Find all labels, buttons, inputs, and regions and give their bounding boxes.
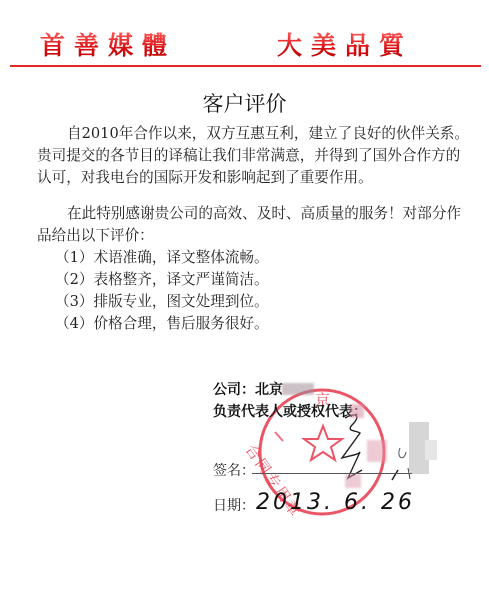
redacted-signature-4 [345, 474, 361, 488]
date-value-handwritten: 2013. 6. 26 [256, 490, 415, 515]
star-icon [304, 426, 342, 460]
redacted-company-name [282, 383, 314, 395]
company-label: 公司：北京 [213, 380, 283, 400]
date-label: 日期： [213, 496, 255, 516]
representative-label: 负责代表人或授权代表： [213, 402, 367, 422]
redacted-signature-3 [425, 440, 437, 460]
redacted-representative [350, 404, 364, 418]
signature-line [252, 473, 412, 474]
redacted-signature-1 [367, 440, 387, 462]
sign-label: 签名： [213, 461, 255, 481]
